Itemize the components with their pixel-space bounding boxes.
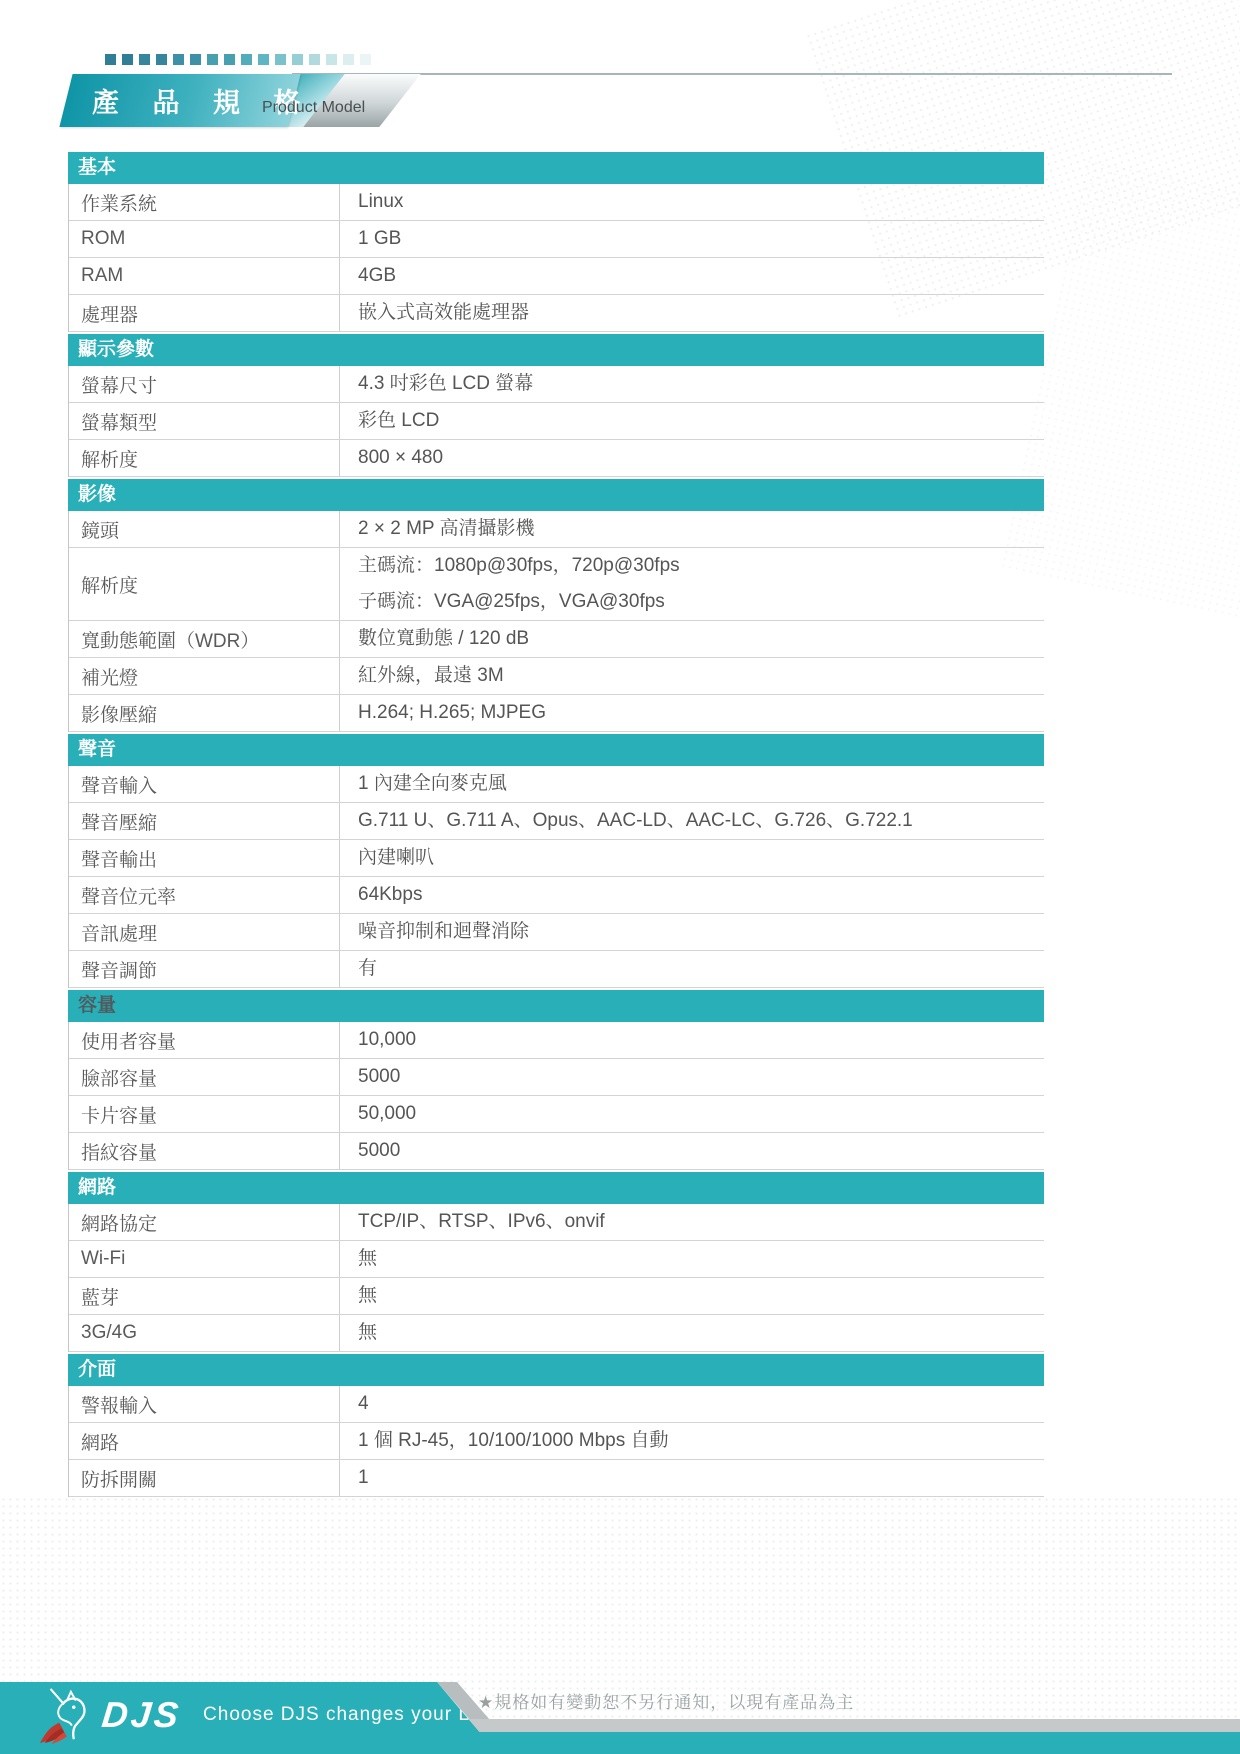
spec-label: 警報輸入	[69, 1386, 340, 1422]
decorative-dot	[224, 54, 235, 65]
spec-label: ROM	[69, 221, 340, 257]
spec-value: 無	[340, 1315, 1044, 1351]
spec-value: 1 個 RJ-45，10/100/1000 Mbps 自動	[340, 1423, 1044, 1459]
spec-row: 解析度主碼流：1080p@30fps，720p@30fps 子碼流：VGA@25…	[69, 548, 1044, 621]
section-header: 影像	[68, 479, 1044, 511]
spec-label: 卡片容量	[69, 1096, 340, 1132]
decorative-dot	[275, 54, 286, 65]
spec-value: 紅外線，最遠 3M	[340, 658, 1044, 694]
spec-row: 使用者容量10,000	[69, 1022, 1044, 1059]
spec-row: 聲音調節有	[69, 951, 1044, 988]
decorative-dot	[241, 54, 252, 65]
decorative-dot	[173, 54, 184, 65]
spec-label: 防拆開關	[69, 1460, 340, 1496]
spec-label: 音訊處理	[69, 914, 340, 950]
spec-row: 網路1 個 RJ-45，10/100/1000 Mbps 自動	[69, 1423, 1044, 1460]
decorative-dot	[343, 54, 354, 65]
djs-logo: DJS Choose DJS changes your Life	[38, 1684, 493, 1746]
spec-row: 聲音輸入1 內建全向麥克風	[69, 766, 1044, 803]
spec-label: 作業系統	[69, 184, 340, 220]
spec-row: 作業系統Linux	[69, 184, 1044, 221]
decorative-dot	[105, 54, 116, 65]
spec-value: 嵌入式高效能處理器	[340, 295, 1044, 331]
spec-row: 聲音壓縮G.711 U、G.711 A、Opus、AAC-LD、AAC-LC、G…	[69, 803, 1044, 840]
decorative-dot	[326, 54, 337, 65]
spec-label: 使用者容量	[69, 1022, 340, 1058]
section-header: 基本	[68, 152, 1044, 184]
spec-row: 指紋容量5000	[69, 1133, 1044, 1170]
spec-value: 噪音抑制和迴聲消除	[340, 914, 1044, 950]
decorative-dot	[360, 54, 371, 65]
spec-value: 有	[340, 951, 1044, 987]
spec-row: Wi-Fi無	[69, 1241, 1044, 1278]
spec-label: 聲音調節	[69, 951, 340, 987]
spec-label: 解析度	[69, 440, 340, 476]
spec-row: 鏡頭2 × 2 MP 高清攝影機	[69, 511, 1044, 548]
spec-row: 補光燈紅外線，最遠 3M	[69, 658, 1044, 695]
spec-row: 音訊處理噪音抑制和迴聲消除	[69, 914, 1044, 951]
section-rows: 螢幕尺寸4.3 吋彩色 LCD 螢幕螢幕類型彩色 LCD解析度800 × 480	[68, 366, 1044, 477]
spec-value: 800 × 480	[340, 440, 1044, 476]
section-rows: 鏡頭2 × 2 MP 高清攝影機解析度主碼流：1080p@30fps，720p@…	[68, 511, 1044, 732]
spec-value: TCP/IP、RTSP、IPv6、onvif	[340, 1204, 1044, 1240]
page-subtitle: Product Model	[262, 99, 365, 117]
spec-value: 4.3 吋彩色 LCD 螢幕	[340, 366, 1044, 402]
decorative-dots-row	[105, 54, 371, 65]
section-header: 聲音	[68, 734, 1044, 766]
decorative-dot	[292, 54, 303, 65]
spec-value: G.711 U、G.711 A、Opus、AAC-LD、AAC-LC、G.726…	[340, 803, 1044, 839]
spec-label: 臉部容量	[69, 1059, 340, 1095]
spec-row: 螢幕類型彩色 LCD	[69, 403, 1044, 440]
spec-value: 無	[340, 1278, 1044, 1314]
spec-value: 50,000	[340, 1096, 1044, 1132]
spec-row: 寬動態範圍（WDR）數位寬動態 / 120 dB	[69, 621, 1044, 658]
section-rows: 警報輸入4網路1 個 RJ-45，10/100/1000 Mbps 自動防拆開關…	[68, 1386, 1044, 1497]
spec-value: 4GB	[340, 258, 1044, 294]
decorative-dot	[309, 54, 320, 65]
decorative-dot	[207, 54, 218, 65]
spec-row: 處理器嵌入式高效能處理器	[69, 295, 1044, 332]
spec-value: 1	[340, 1460, 1044, 1496]
spec-label: 處理器	[69, 295, 340, 331]
spec-row: 網路協定TCP/IP、RTSP、IPv6、onvif	[69, 1204, 1044, 1241]
decorative-dot	[258, 54, 269, 65]
spec-label: 3G/4G	[69, 1315, 340, 1351]
spec-label: 藍芽	[69, 1278, 340, 1314]
spec-label: 寬動態範圍（WDR）	[69, 621, 340, 657]
spec-label: 螢幕類型	[69, 403, 340, 439]
spec-row: 聲音輸出內建喇叭	[69, 840, 1044, 877]
spec-label: 指紋容量	[69, 1133, 340, 1169]
spec-row: ROM1 GB	[69, 221, 1044, 258]
section-rows: 網路協定TCP/IP、RTSP、IPv6、onvifWi-Fi無藍芽無3G/4G…	[68, 1204, 1044, 1352]
brand-slogan: Choose DJS changes your Life	[203, 1704, 493, 1726]
section-header: 容量	[68, 990, 1044, 1022]
spec-value: 2 × 2 MP 高清攝影機	[340, 511, 1044, 547]
decorative-dot	[156, 54, 167, 65]
decorative-dot	[190, 54, 201, 65]
section-header: 網路	[68, 1172, 1044, 1204]
spec-label: 聲音輸出	[69, 840, 340, 876]
spec-value: 主碼流：1080p@30fps，720p@30fps 子碼流：VGA@25fps…	[340, 548, 1044, 620]
spec-row: 螢幕尺寸4.3 吋彩色 LCD 螢幕	[69, 366, 1044, 403]
spec-value: Linux	[340, 184, 1044, 220]
spec-row: 3G/4G無	[69, 1315, 1044, 1352]
spec-row: 影像壓縮H.264; H.265; MJPEG	[69, 695, 1044, 732]
spec-value: 64Kbps	[340, 877, 1044, 913]
spec-sheet-page: 產 品 規 格 Product Model 基本作業系統LinuxROM1 GB…	[0, 0, 1240, 1754]
spec-row: 聲音位元率64Kbps	[69, 877, 1044, 914]
spec-label: 補光燈	[69, 658, 340, 694]
brand-name: DJS	[100, 1694, 183, 1736]
spec-label: 聲音位元率	[69, 877, 340, 913]
spec-value: 數位寬動態 / 120 dB	[340, 621, 1044, 657]
spec-label: 聲音壓縮	[69, 803, 340, 839]
spec-row: 臉部容量5000	[69, 1059, 1044, 1096]
unicorn-logo-icon	[38, 1684, 96, 1746]
spec-label: 網路協定	[69, 1204, 340, 1240]
spec-value: 內建喇叭	[340, 840, 1044, 876]
spec-row: RAM4GB	[69, 258, 1044, 295]
spec-row: 解析度800 × 480	[69, 440, 1044, 477]
spec-row: 防拆開關1	[69, 1460, 1044, 1497]
spec-value: 1 GB	[340, 221, 1044, 257]
disclaimer-text: ★規格如有變動恕不另行通知，以現有產品為主	[478, 1688, 854, 1713]
spec-value: 10,000	[340, 1022, 1044, 1058]
spec-row: 警報輸入4	[69, 1386, 1044, 1423]
spec-row: 卡片容量50,000	[69, 1096, 1044, 1133]
section-rows: 聲音輸入1 內建全向麥克風聲音壓縮G.711 U、G.711 A、Opus、AA…	[68, 766, 1044, 988]
footer-gray-band	[468, 1719, 1240, 1733]
section-rows: 使用者容量10,000臉部容量5000卡片容量50,000指紋容量5000	[68, 1022, 1044, 1170]
spec-label: 螢幕尺寸	[69, 366, 340, 402]
spec-value: H.264; H.265; MJPEG	[340, 695, 1044, 731]
decorative-dot	[122, 54, 133, 65]
spec-value: 彩色 LCD	[340, 403, 1044, 439]
spec-label: 解析度	[69, 548, 340, 620]
spec-label: 影像壓縮	[69, 695, 340, 731]
spec-value: 5000	[340, 1133, 1044, 1169]
section-header: 顯示參數	[68, 334, 1044, 366]
header-rule-line	[292, 73, 1172, 75]
spec-value: 無	[340, 1241, 1044, 1277]
spec-value: 4	[340, 1386, 1044, 1422]
spec-value: 5000	[340, 1059, 1044, 1095]
spec-label: RAM	[69, 258, 340, 294]
section-header: 介面	[68, 1354, 1044, 1386]
spec-label: 鏡頭	[69, 511, 340, 547]
spec-row: 藍芽無	[69, 1278, 1044, 1315]
decorative-dot	[139, 54, 150, 65]
spec-table: 基本作業系統LinuxROM1 GBRAM4GB處理器嵌入式高效能處理器顯示參數…	[68, 150, 1044, 1497]
section-rows: 作業系統LinuxROM1 GBRAM4GB處理器嵌入式高效能處理器	[68, 184, 1044, 332]
spec-label: Wi-Fi	[69, 1241, 340, 1277]
footer-brand-bar: DJS Choose DJS changes your Life	[0, 1682, 500, 1754]
spec-value: 1 內建全向麥克風	[340, 766, 1044, 802]
spec-label: 網路	[69, 1423, 340, 1459]
spec-label: 聲音輸入	[69, 766, 340, 802]
